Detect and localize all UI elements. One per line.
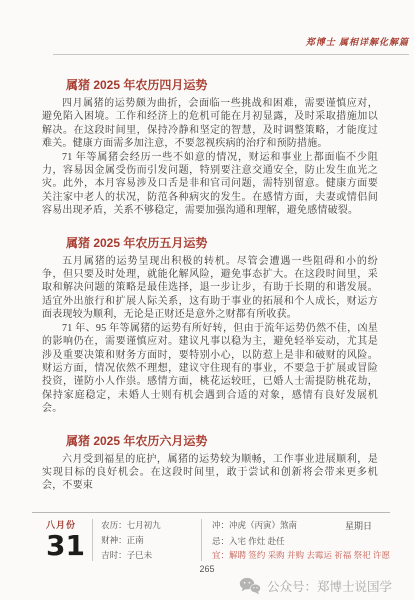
section-june: 属猪 2025 年农历六月运势 六月受到福星的庇护，属猪的运势较为顺畅，工作事业… (42, 432, 378, 493)
clash-text: 冲：冲虎（丙寅）煞南 (212, 519, 297, 532)
section-title: 属猪 2025 年农历六月运势 (42, 432, 378, 449)
paragraph: 四月属猪的运势颇为曲折，会面临一些挑战和困难，需要谨慎应对，避免陷入困境。工作和… (42, 97, 378, 151)
lunar-date: 农历：七月初九 (101, 519, 201, 531)
section-title: 属猪 2025 年农历五月运势 (42, 234, 378, 251)
divider (201, 519, 202, 561)
document-page: 郑博士 属相详解化解篇 属猪 2025 年农历四月运势 四月属猪的运势颇为曲折，… (0, 0, 414, 600)
book-brand-text: 郑博士 属相详解化解篇 (306, 37, 409, 47)
almanac-left-column: 农历：七月初九 财神：正南 吉时：子巳未 (99, 518, 201, 564)
suitable-text: 宜：解聘 签约 采购 并购 去霉运 祈福 祭祀 许愿 (212, 549, 390, 561)
page-content: 属猪 2025 年农历四月运势 四月属猪的运势颇为曲折，会面临一些挑战和困难，需… (42, 76, 378, 493)
almanac-right-column: 冲：冲虎（丙寅）煞南 星期日 忌：入宅 作灶 赴任 宜：解聘 签约 采购 并购 … (208, 518, 390, 564)
page-number: 265 (0, 564, 414, 574)
section-title: 属猪 2025 年农历四月运势 (42, 76, 378, 93)
page-header: 郑博士 属相详解化解篇 (53, 32, 409, 55)
avoid-text: 忌：入宅 作灶 赴任 (212, 535, 390, 547)
weekday-label: 星期日 (345, 519, 372, 532)
section-april: 属猪 2025 年农历四月运势 四月属猪的运势颇为曲折，会面临一些挑战和困难，需… (42, 76, 378, 218)
paragraph: 71 年、95 年等属猪的运势有所好转，但由于流年运势仍然不佳，凶星的影响仍在，… (42, 322, 378, 416)
section-may: 属猪 2025 年农历五月运势 五月属猪的运势呈现出积极的转机。尽管会遭遇一些阻… (42, 234, 378, 416)
lucky-hours: 吉时：子巳未 (101, 549, 201, 561)
day-number: 31 (46, 531, 92, 561)
wechat-footer: 公众号：郑博士说国学 (239, 577, 392, 595)
clash-row: 冲：冲虎（丙寅）煞南 星期日 (212, 519, 390, 532)
wechat-icon (239, 577, 261, 595)
wealth-god-direction: 财神：正南 (101, 534, 201, 546)
wechat-account-text: 公众号：郑博士说国学 (267, 577, 392, 595)
divider (92, 519, 93, 561)
almanac-date: 八月份 31 (32, 518, 92, 564)
almanac-strip: 八月份 31 农历：七月初九 财神：正南 吉时：子巳未 冲：冲虎（丙寅）煞南 星… (32, 512, 390, 564)
paragraph: 六月受到福星的庇护，属猪的运势较为顺畅，工作事业进展顺利，是实现目标的良好机会。… (42, 453, 378, 493)
paragraph: 71 年等属猪会经历一些不如意的情况，财运和事业上都面临不少阻力，容易因金属受伤… (42, 151, 378, 218)
paragraph: 五月属猪的运势呈现出积极的转机。尽管会遭遇一些阻碍和小的纷争，但只要及时处理，就… (42, 255, 378, 322)
